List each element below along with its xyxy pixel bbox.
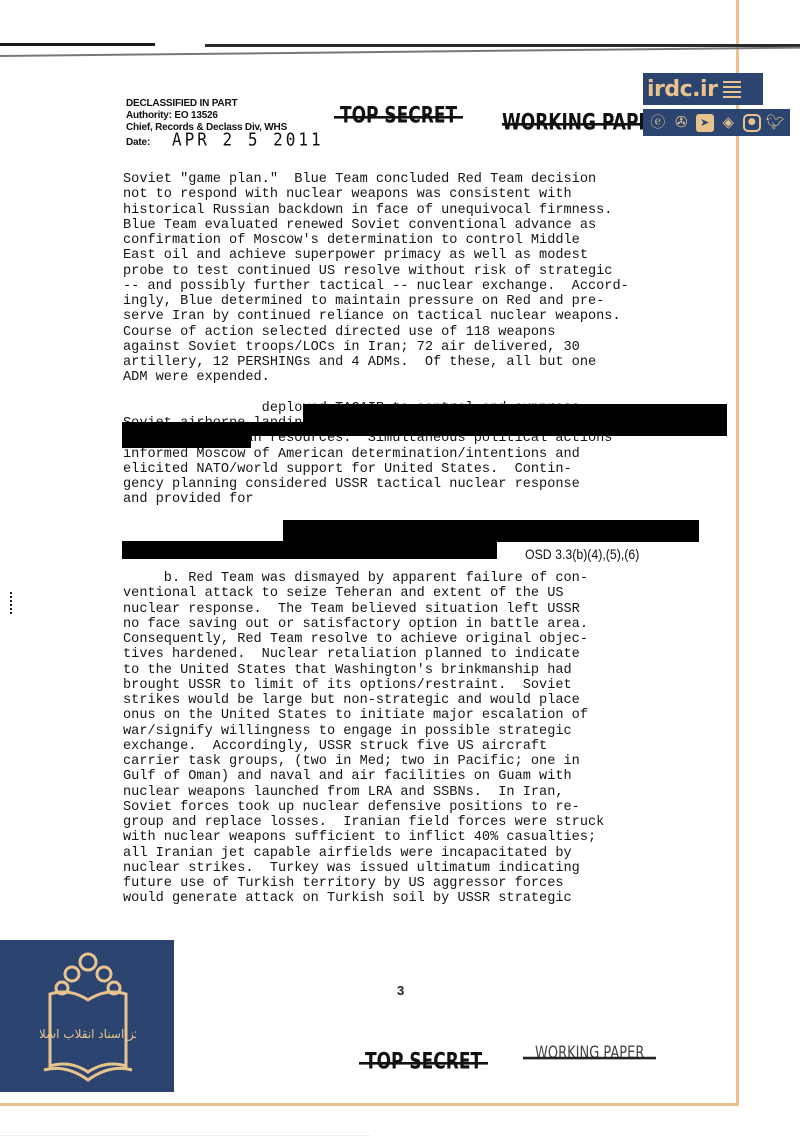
redaction-block xyxy=(122,541,497,559)
stamp-date-row: Date: APR 2 5 2011 xyxy=(126,134,324,149)
stamp-line: Authority: EO 13526 xyxy=(126,110,324,122)
scan-artifact xyxy=(0,1135,370,1136)
rubika-icon[interactable]: ◈ xyxy=(719,114,737,132)
telegram-icon[interactable]: ➤ xyxy=(696,114,714,132)
working-paper-marking-header: WORKING PAPER xyxy=(502,110,652,136)
eitaa-icon[interactable]: ⓔ xyxy=(649,114,667,132)
classification-marking-footer: TOP SECRET xyxy=(365,1049,482,1075)
stamp-date-value: APR 2 5 2011 xyxy=(172,133,324,146)
body-paragraph-2: b. Red Team was dismayed by apparent fai… xyxy=(123,571,743,907)
watermark-logo: مرکز اسناد انقلاب اسلامی xyxy=(0,940,174,1092)
stamp-date-label: Date: xyxy=(126,137,150,149)
scan-artifact xyxy=(0,47,800,57)
working-paper-marking-footer: WORKING PAPER xyxy=(535,1044,644,1064)
classification-marking-header: TOP SECRET xyxy=(340,103,457,129)
book-logo-icon: مرکز اسناد انقلاب اسلامی xyxy=(40,948,136,1084)
stamp-line: DECLASSIFIED IN PART xyxy=(126,98,324,110)
redaction-block xyxy=(283,520,699,542)
scan-artifact xyxy=(0,43,155,46)
margin-mark xyxy=(10,592,16,614)
aparat-icon[interactable]: ✇ xyxy=(672,114,690,132)
redaction-block xyxy=(122,434,251,448)
page-number: 3 xyxy=(397,983,404,998)
watermark-frame-horizontal xyxy=(0,1103,739,1106)
instagram-icon[interactable]: ● xyxy=(743,114,761,132)
watermark-site: irdc.ir xyxy=(647,77,717,102)
watermark-badge: irdc.ir ⓔ ✇ ➤ ◈ ● 🐦︎ xyxy=(643,73,790,138)
redaction-exemption-code: OSD 3.3(b)(4),(5),(6) xyxy=(525,546,639,562)
twitter-icon[interactable]: 🐦︎ xyxy=(766,114,784,132)
declassification-stamp: DECLASSIFIED IN PART Authority: EO 13526… xyxy=(126,98,324,149)
svg-text:مرکز اسناد انقلاب اسلامی: مرکز اسناد انقلاب اسلامی xyxy=(40,1027,136,1042)
watermark-frame-vertical xyxy=(736,0,739,1106)
watermark-brand[interactable]: irdc.ir xyxy=(643,73,763,105)
body-paragraph-1: Soviet "game plan." Blue Team concluded … xyxy=(123,172,743,508)
social-icons: ⓔ ✇ ➤ ◈ ● 🐦︎ xyxy=(643,109,790,136)
brand-mark-icon xyxy=(723,81,741,98)
